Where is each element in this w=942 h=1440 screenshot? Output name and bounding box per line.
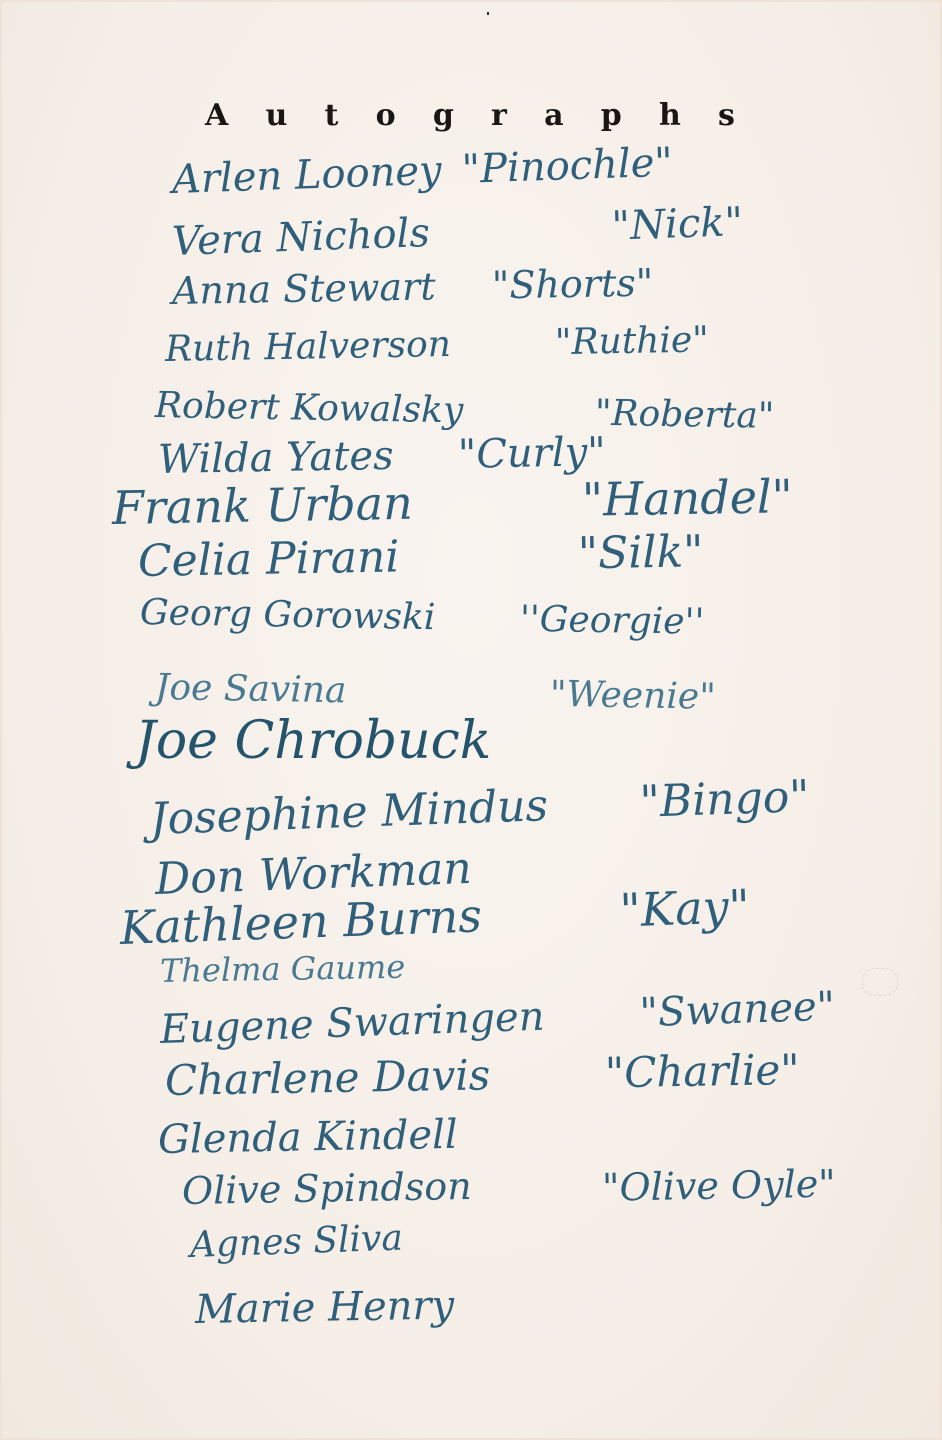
page-heading: A u t o g r a p h s (205, 98, 735, 133)
signature-nickname: "Curly" (458, 432, 606, 475)
heading-letter: s (718, 98, 735, 133)
heading-letter: u (266, 98, 288, 133)
signature-name: Marie Henry (195, 1285, 455, 1330)
signature-name: Joe Savina (155, 670, 347, 709)
signature: Frank Urban "Handel" (112, 480, 413, 531)
yearbook-autograph-page: A u t o g r a p h s Arlen Looney "Pinoch… (0, 0, 942, 1440)
signature: Eugene Swaringen "Swanee" (159, 997, 545, 1050)
signature-nickname: "Silk" (578, 530, 704, 576)
signature-name: Robert Kowalsky (155, 388, 464, 429)
signature-nickname: "Kay" (619, 883, 751, 934)
signature-name: Joe Chrobuck (135, 715, 491, 767)
signature: Georg Gorowski ''Georgie'' (140, 595, 436, 636)
heading-letter: h (659, 98, 681, 133)
signature-name: Anna Stewart (172, 267, 436, 310)
heading-letter: g (433, 98, 454, 133)
signature-nickname: "Nick" (611, 202, 744, 247)
heading-letter: a (544, 98, 563, 133)
signature-nickname: "Handel" (582, 473, 794, 523)
signature: Robert Kowalsky "Roberta" (155, 388, 464, 429)
signature: Olive Spindson "Olive Oyle" (182, 1167, 472, 1210)
signature-name: Wilda Yates (158, 436, 394, 480)
signature: Vera Nichols "Nick" (171, 213, 430, 262)
signature: Arlen Looney "Pinochle" (171, 151, 442, 200)
signature-nickname: "Bingo" (639, 775, 810, 825)
signature-name: Agnes Sliva (189, 1221, 403, 1264)
paper-speck (487, 12, 489, 15)
signature: Ruth Halverson "Ruthie" (165, 327, 452, 368)
signature-nickname: "Olive Oyle" (602, 1165, 836, 1207)
signature: Thelma Gaume (160, 951, 406, 987)
signature-name: Kathleen Burns (119, 892, 482, 951)
signature-nickname: "Roberta" (595, 396, 775, 435)
signature-nickname: "Charlie" (605, 1049, 800, 1094)
signature-name: Josephine Mindus (149, 784, 549, 842)
signature-name: Vera Nichols (171, 213, 430, 262)
signature-nickname: "Swanee" (639, 986, 836, 1033)
signature-name: Eugene Swaringen (159, 997, 545, 1050)
heading-letter: r (491, 98, 507, 133)
heading-letter: p (601, 98, 622, 133)
signature: Wilda Yates "Curly" (158, 436, 394, 480)
signature-name: Thelma Gaume (160, 951, 406, 987)
signature: Charlene Davis "Charlie" (165, 1054, 491, 1102)
signature-name: Glenda Kindell (158, 1115, 458, 1160)
signature: Celia Pirani "Silk" (138, 535, 400, 584)
heading-letter: o (376, 98, 396, 133)
signature: Kathleen Burns "Kay" (119, 892, 482, 951)
signature-name: Celia Pirani (138, 535, 400, 584)
signature-nickname: "Ruthie" (555, 323, 709, 362)
signature-name: Olive Spindson (182, 1167, 472, 1210)
signature: Anna Stewart "Shorts" (172, 267, 436, 310)
signature-name: Frank Urban (112, 480, 413, 531)
heading-letter: t (325, 98, 339, 133)
signature: Joe Savina "Weenie" (155, 670, 347, 709)
signature-nickname: "Weenie" (550, 677, 716, 716)
signature-name: Charlene Davis (165, 1054, 491, 1102)
signature-name: Ruth Halverson (165, 327, 452, 368)
signature-nickname: "Shorts" (492, 264, 654, 305)
heading-letter: A (205, 98, 228, 133)
signature: Agnes Sliva (189, 1221, 403, 1264)
signature: Marie Henry (195, 1285, 455, 1330)
signature-nickname: ''Georgie'' (520, 602, 705, 641)
signature-name: Arlen Looney (171, 151, 442, 200)
signature: Glenda Kindell (158, 1115, 458, 1160)
signature-name: Georg Gorowski (140, 595, 436, 636)
signature: Josephine Mindus "Bingo" (149, 784, 549, 842)
signature: Joe Chrobuck (135, 715, 491, 767)
faded-stamp-mark (862, 968, 898, 996)
signature-nickname: "Pinochle" (461, 143, 673, 190)
